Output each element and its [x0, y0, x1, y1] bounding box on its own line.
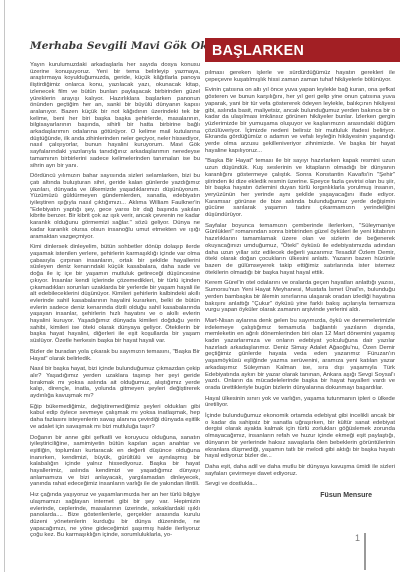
section-banner: BAŞLARKEN — [205, 38, 400, 62]
right-column: BAŞLARKEN pılması gereken işlerle ve sür… — [205, 38, 400, 499]
paragraph: pılması gereken işlerle ve sürdürdüğümüz… — [205, 70, 395, 83]
paragraph: Daha eşit, daha adil ve daha mutlu bir d… — [205, 464, 395, 477]
paragraph: Eğip bükemediğimiz, değiştiremediğimiz ş… — [30, 404, 200, 431]
paragraph: İçinde bulunduğumuz ekonomik ortamda ede… — [205, 413, 395, 460]
page-number: 1 — [355, 533, 360, 543]
left-column: Merhaba Sevgili Mavi Gök Okurları, Yayın… — [30, 40, 200, 543]
magazine-page: Merhaba Sevgili Mavi Gök Okurları, Yayın… — [0, 0, 400, 580]
paragraph: Doğanın bir anne gibi şefkatli ve koruyu… — [30, 435, 200, 489]
paragraph: Hız çağında yaşıyoruz ve yaşamlarımızda … — [30, 492, 200, 539]
right-column-text: pılması gereken işlerle ve sürdürdüğümüz… — [205, 70, 395, 488]
page-footer: 1 — [355, 533, 366, 570]
paragraph: Kimi dinlersek dinleyelim, bütün sohbetl… — [30, 244, 200, 345]
paragraph: Kerem Gürel'in otel odalarını ve oralard… — [205, 280, 395, 314]
paragraph: Evinin çatısına on altı yıl önce yuva ya… — [205, 87, 395, 154]
paragraph: Yayın kurulumuzdaki arkadaşlarla her say… — [30, 62, 200, 169]
paragraph: Bizler de buradan yola çıkarak bu sayımı… — [30, 349, 200, 362]
paragraph: Nasıl bir başka hayat, bizi içinde bulun… — [30, 366, 200, 400]
paragraph: Mart-Nisan aylarına denk gelen bu sayımı… — [205, 318, 395, 392]
paragraph: Dördüncü yılımızın bahar sayısında sizle… — [30, 173, 200, 240]
left-column-text: Yayın kurulumuzdaki arkadaşlarla her say… — [30, 62, 200, 539]
section-banner-title: BAŞLARKEN — [212, 42, 304, 59]
page-number-divider — [364, 533, 366, 570]
greeting-title: Merhaba Sevgili Mavi Gök Okurları, — [30, 40, 200, 52]
paragraph: "Başka Bir Hayat" teması ile bir sayıyı … — [205, 158, 395, 218]
paragraph: Hayal ülkesinin sınırı yok ve varlığın, … — [205, 396, 395, 409]
paragraph: Sayfalar boyunca temamızın çemberinde il… — [205, 223, 395, 277]
paragraph: Sevgi ve dostlukla... — [205, 481, 395, 488]
page-edge-line — [4, 0, 5, 572]
author-signature: Füsun Mensure — [205, 492, 400, 499]
